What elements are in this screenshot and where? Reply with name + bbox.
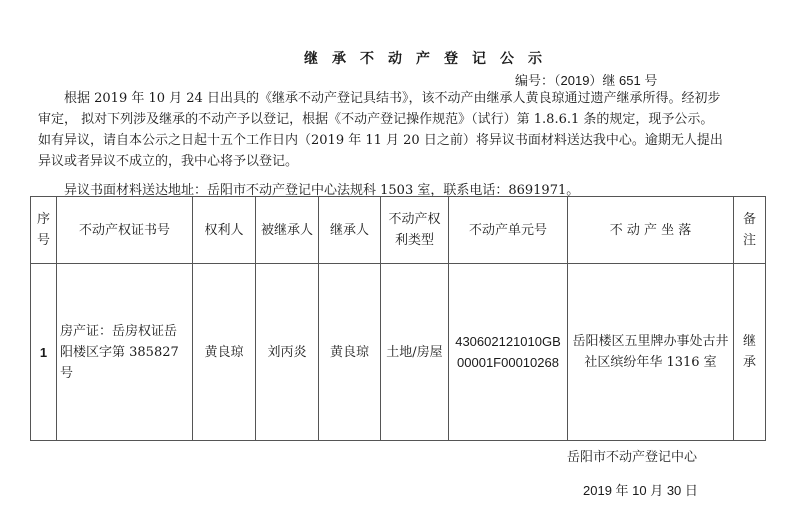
paragraph-line: 如有异议，请自本公示之日起十五个工作日内（2019 年 11 月 20 日之前）… bbox=[38, 130, 758, 151]
header-right-holder: 权利人 bbox=[193, 197, 256, 264]
table-row: 1 房产证：岳房权证岳阳楼区字第 385827号 黄良琼 刘丙炎 黄良琼 土地/… bbox=[31, 264, 766, 441]
header-cert-no: 不动产权证书号 bbox=[57, 197, 193, 264]
cell-right-holder: 黄良琼 bbox=[193, 264, 256, 441]
cell-unit-no: 430602121010GB00001F00010268 bbox=[449, 264, 568, 441]
header-remark: 备注 bbox=[734, 197, 766, 264]
header-right-type: 不动产权利类型 bbox=[381, 197, 449, 264]
issuer-signature: 岳阳市不动产登记中心 bbox=[567, 446, 697, 465]
document-number: 编号：（2019）继 651 号 bbox=[515, 70, 657, 89]
header-location: 不 动 产 坐 落 bbox=[568, 197, 734, 264]
cell-right-type: 土地/房屋 bbox=[381, 264, 449, 441]
cell-seq: 1 bbox=[31, 264, 57, 441]
registration-table: 序号 不动产权证书号 权利人 被继承人 继承人 不动产权利类型 不动产单元号 不… bbox=[30, 196, 766, 441]
cell-decedent: 刘丙炎 bbox=[256, 264, 319, 441]
cell-heir: 黄良琼 bbox=[319, 264, 381, 441]
cell-remark: 继承 bbox=[734, 264, 766, 441]
cell-location: 岳阳楼区五里牌办事处古井社区缤纷年华 1316 室 bbox=[568, 264, 734, 441]
header-heir: 继承人 bbox=[319, 197, 381, 264]
notice-paragraph: 根据 2019 年 10 月 24 日出具的《继承不动产登记具结书》，该不动产由… bbox=[38, 88, 758, 172]
cell-cert-no: 房产证：岳房权证岳阳楼区字第 385827号 bbox=[57, 264, 193, 441]
paragraph-line: 异议或者异议不成立的，我中心将予以登记。 bbox=[38, 151, 758, 172]
header-seq: 序号 bbox=[31, 197, 57, 264]
header-decedent: 被继承人 bbox=[256, 197, 319, 264]
paragraph-line: 审定， 拟对下列涉及继承的不动产予以登记，根据《不动产登记操作规范》（试行）第 … bbox=[38, 109, 758, 130]
document-title: 继承不动产登记公示 bbox=[0, 48, 800, 68]
issue-date: 2019 年 10 月 30 日 bbox=[583, 480, 698, 499]
table-header-row: 序号 不动产权证书号 权利人 被继承人 继承人 不动产权利类型 不动产单元号 不… bbox=[31, 197, 766, 264]
header-unit-no: 不动产单元号 bbox=[449, 197, 568, 264]
paragraph-line: 根据 2019 年 10 月 24 日出具的《继承不动产登记具结书》，该不动产由… bbox=[38, 88, 758, 109]
